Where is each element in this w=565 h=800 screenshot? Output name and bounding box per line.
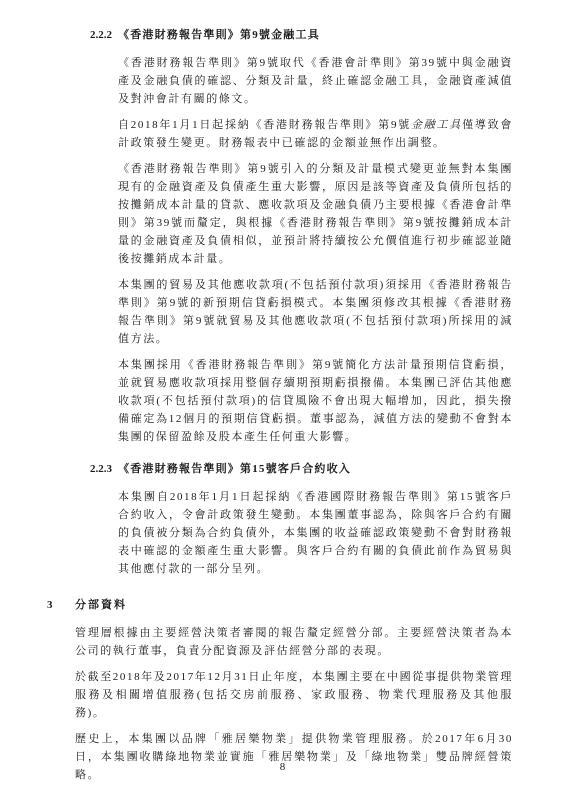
section-heading-2-2-2: 2.2.2 《香港財務報告準則》第9號金融工具 [90,26,513,44]
section-hkfrs15: 2.2.3 《香港財務報告準則》第15號客戶合約收入 本集團自2018年1月1日… [47,460,513,578]
paragraph: 《香港財務報告準則》第9號取代《香港會計準則》第39號中與金融資產及金融負債的確… [118,54,513,108]
section-title: 《香港財務報告準則》第9號金融工具 [118,26,320,44]
document-page: 2.2.2 《香港財務報告準則》第9號金融工具 《香港財務報告準則》第9號取代《… [0,0,565,800]
section-title: 《香港財務報告準則》第15號客戶合約收入 [118,460,351,478]
section-title: 分部資料 [75,596,127,614]
section-segment-information: 3 分部資料 管理層根據由主要經營決策者審閱的報告釐定經營分部。主要經營決策者為… [47,596,513,784]
section-number: 3 [47,596,75,614]
paragraph: 管理層根據由主要經營決策者審閱的報告釐定經營分部。主要經營決策者為本公司的執行董… [75,624,513,660]
section-heading-2-2-3: 2.2.3 《香港財務報告準則》第15號客戶合約收入 [90,460,513,478]
paragraph: 《香港財務報告準則》第9號引入的分類及計量模式變更並無對本集團現有的金融資產及負… [118,160,513,268]
section-number: 2.2.2 [90,26,118,44]
page-content: 2.2.2 《香港財務報告準則》第9號金融工具 《香港財務報告準則》第9號取代《… [47,26,513,792]
paragraph: 於截至2018年及2017年12月31日止年度，本集團主要在中國從事提供物業管理… [75,668,513,722]
paragraph: 本集團自2018年1月1日起採納《香港國際財務報告準則》第15號客戶合約收入，令… [118,488,513,578]
paragraph: 本集團的貿易及其他應收款項(不包括預付款項)須採用《香港財務報告準則》第9號的新… [118,276,513,348]
paragraph-run: 自2018年1月1日起採納《香港財務報告準則》第9號 [118,119,411,131]
page-number: 8 [0,760,565,774]
paragraph: 自2018年1月1日起採納《香港財務報告準則》第9號金融工具僅導致會計政策發生變… [118,116,513,152]
paragraph: 本集團採用《香港財務報告準則》第9號簡化方法計量預期信貸虧損，並就貿易應收款項採… [118,356,513,446]
standard-name-italic: 金融工具 [411,119,462,131]
section-heading-3: 3 分部資料 [47,596,513,614]
paragraph: 歷史上，本集團以品牌「雅居樂物業」提供物業管理服務。於2017年6月30日，本集… [75,730,513,784]
section-hkfrs9: 2.2.2 《香港財務報告準則》第9號金融工具 《香港財務報告準則》第9號取代《… [47,26,513,446]
section-number: 2.2.3 [90,460,118,478]
